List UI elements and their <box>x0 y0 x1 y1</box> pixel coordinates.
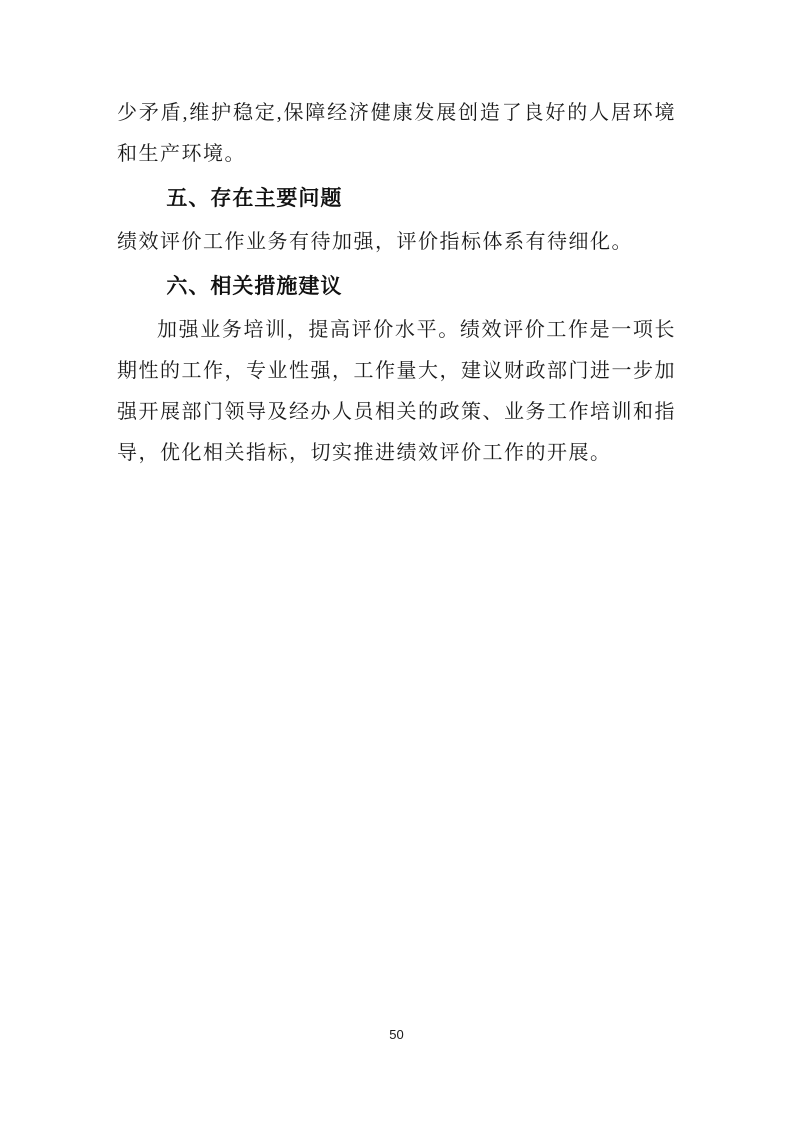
intro-paragraph: 少矛盾,维护稳定,保障经济健康发展创造了良好的人居环境和生产环境。 <box>117 93 676 175</box>
section-heading-6: 六、相关措施建议 <box>117 266 676 307</box>
document-body: 少矛盾,维护稳定,保障经济健康发展创造了良好的人居环境和生产环境。 五、存在主要… <box>117 93 676 474</box>
section-heading-5: 五、存在主要问题 <box>117 178 676 219</box>
page-number: 50 <box>0 1027 793 1042</box>
section-6-paragraph: 加强业务培训，提高评价水平。绩效评价工作是一项长期性的工作，专业性强，工作量大，… <box>117 310 676 474</box>
section-5-paragraph: 绩效评价工作业务有待加强，评价指标体系有待细化。 <box>117 222 676 263</box>
document-page: 少矛盾,维护稳定,保障经济健康发展创造了良好的人居环境和生产环境。 五、存在主要… <box>0 0 793 1122</box>
